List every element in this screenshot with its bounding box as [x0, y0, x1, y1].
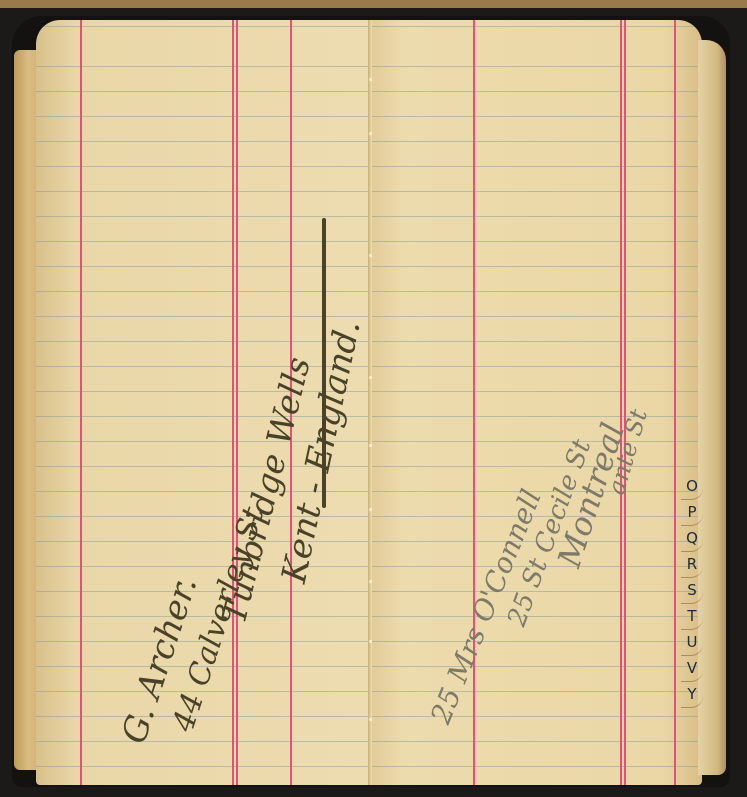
margin-line	[620, 20, 622, 785]
index-tab[interactable]: Q	[681, 526, 703, 552]
ink-underline	[322, 218, 326, 508]
index-tab[interactable]: S	[681, 578, 703, 604]
ruled-lines	[372, 20, 702, 785]
margin-line	[624, 20, 626, 785]
index-tab[interactable]: R	[681, 552, 703, 578]
margin-line	[236, 20, 238, 785]
margin-line	[232, 20, 234, 785]
index-tab[interactable]: V	[681, 656, 703, 682]
index-tab[interactable]: Y	[681, 682, 703, 708]
index-tab[interactable]: O	[681, 474, 703, 500]
left-page: G. Archer. 44 Calverley St Tunbridge Wel…	[36, 20, 372, 785]
margin-line	[80, 20, 82, 785]
margin-line	[674, 20, 676, 785]
index-tab[interactable]: P	[681, 500, 703, 526]
table-surface	[0, 0, 747, 8]
index-tab[interactable]: T	[681, 604, 703, 630]
index-tab[interactable]: U	[681, 630, 703, 656]
alphabet-index-tabs: O P Q R S T U V Y	[681, 474, 703, 708]
right-page: 25 Mrs O'Connell 25 St Cecile St Montrea…	[372, 20, 702, 785]
